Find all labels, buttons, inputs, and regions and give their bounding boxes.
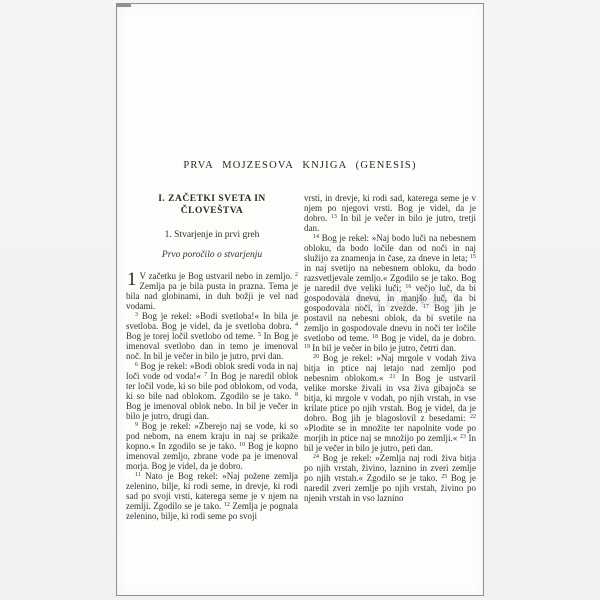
verse-number: 8 [295,392,298,398]
verse-number: 3 [135,312,138,318]
verse-number: 24 [313,454,319,460]
verse-number: 23 [460,434,466,440]
verse-number: 10 [239,442,245,448]
verse-number: 25 [441,474,447,480]
verse-number: 12 [224,502,230,508]
book-title: PRVA MOJZESOVA KNJIGA (GENESIS) [117,160,483,171]
verse-paragraph: 14 Bog je rekel: »Naj bodo luči na nebes… [304,233,476,353]
verse-paragraph: 3 Bog je rekel: »Bodi svetloba!« In bila… [126,311,298,361]
verse-number: 6 [135,362,138,368]
scan-artifact [117,4,131,7]
scan-background: PRVA MOJZESOVA KNJIGA (GENESIS) I. ZAČET… [0,0,600,600]
chapter-heading: 1. Stvarjenje in prvi greh [126,230,298,240]
verse-paragraph: 20 Bog je rekel: »Naj mrgole v vodah živ… [304,353,476,453]
left-column: I. ZAČETKI SVETA IN ČLOVEŠTVA 1. Stvarje… [126,193,298,521]
verse-number: 13 [331,214,337,220]
section-heading: I. ZAČETKI SVETA IN ČLOVEŠTVA [126,193,298,217]
verse-number: 7 [204,372,207,378]
left-column-text: 1V začetku je Bog ustvaril nebo in zemlj… [126,271,298,521]
verse-number: 2 [295,272,298,278]
verse-number: 17 [423,304,429,310]
verse-paragraph: 11 Nato je Bog rekel: »Naj požene zemlja… [126,471,298,521]
verse-number: 18 [372,334,378,340]
verse-number: 4 [295,322,298,328]
verse-paragraph: 24 Bog je rekel: »Zemlja naj rodi živa b… [304,453,476,503]
section-heading-line2: ČLOVEŠTVA [126,205,298,217]
verse-paragraph: 6 Bog je rekel: »Bodi oblok sredi voda i… [126,361,298,421]
verse-number: 14 [313,234,319,240]
verse-paragraph: 1V začetku je Bog ustvaril nebo in zemlj… [126,271,298,311]
verse-number: 15 [470,254,476,260]
verse-number: 5 [258,332,261,338]
verse-number: 21 [390,374,396,380]
verse-number: 9 [135,422,138,428]
verse-paragraph: vrsti, in drevje, ki rodi sad, katerega … [304,193,476,233]
verse-paragraph: 9 Bog je rekel: »Zberejo naj se vode, ki… [126,421,298,471]
verse-number: 16 [405,284,411,290]
right-column-text: vrsti, in drevje, ki rodi sad, katerega … [304,193,476,503]
right-column: vrsti, in drevje, ki rodi sad, katerega … [304,193,476,503]
section-heading-line1: I. ZAČETKI SVETA IN [126,193,298,205]
verse-number: 11 [135,472,141,478]
book-page: PRVA MOJZESOVA KNJIGA (GENESIS) I. ZAČET… [116,3,484,596]
chapter-dropcap: 1 [126,271,140,288]
pericope-heading: Prvo poročilo o stvarjenju [126,250,298,260]
verse-number: 22 [470,414,476,420]
verse-number: 19 [304,344,310,350]
verse-number: 20 [313,354,319,360]
